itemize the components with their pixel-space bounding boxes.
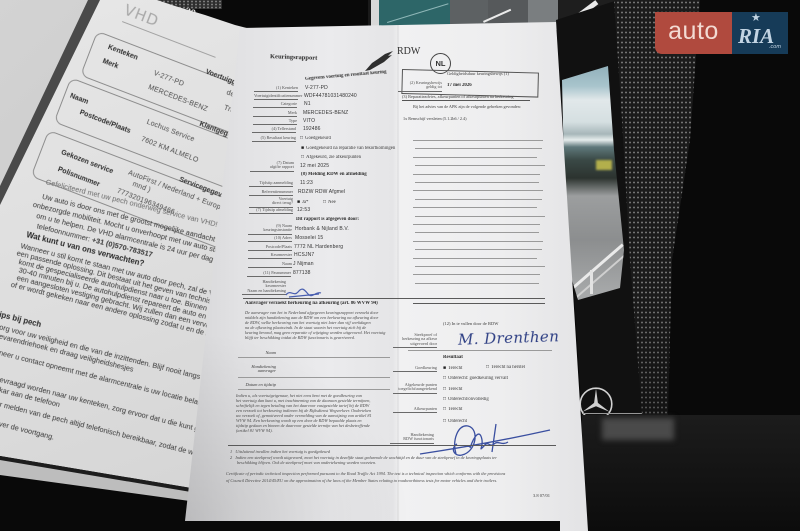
inspection-station-value: Horbank & Nijland B.V. bbox=[295, 227, 349, 232]
option-label: Nee bbox=[328, 200, 336, 205]
option-label: Terecht bbox=[448, 407, 462, 412]
field-label: Afgekeurde punten toegelicht/aangetekend bbox=[393, 383, 437, 394]
field-label: Voertuigidentificatienummer bbox=[254, 94, 298, 100]
footnote-text: beschikking blijven. Ook de steekproef m… bbox=[237, 461, 376, 465]
result-option: ■Goedgekeurd na reparatie van tekortkomi… bbox=[301, 146, 395, 152]
foliage-patch bbox=[596, 160, 612, 170]
blank-line bbox=[415, 266, 545, 267]
type-value: VITO bbox=[303, 119, 315, 124]
field-label: Handtekening keurmeester Naam en handtek… bbox=[242, 280, 286, 295]
field-label: Type bbox=[253, 119, 297, 125]
rdw-result-option: □Onterecht: goedkeuring vervalt bbox=[443, 376, 508, 382]
checkbox: ■ bbox=[443, 366, 446, 371]
certificate-text: Certificate of periodic technical inspec… bbox=[226, 472, 505, 476]
rdw-inspector-signature: M. Drenthen bbox=[458, 329, 560, 348]
field-label: (5) Resultaat keuring bbox=[252, 136, 296, 142]
footnote-text: Uitsluitend invullen indien het voertuig… bbox=[235, 449, 330, 454]
option-label: Goedgekeurd na reparatie van tekortkomin… bbox=[306, 146, 395, 151]
name-line bbox=[238, 357, 390, 358]
autoria-logo-auto: auto bbox=[655, 12, 732, 54]
registration-heading: (8) Melding RDW en afmelding bbox=[301, 173, 367, 178]
option-label: Ja* bbox=[302, 200, 308, 205]
star-icon: ★ bbox=[751, 13, 761, 24]
license-plate-value: V-277-PD bbox=[305, 86, 328, 91]
advice-heading: (3) Reparatieadvies, afkeurpunten of afk… bbox=[402, 95, 530, 101]
blank-line bbox=[413, 274, 540, 275]
divider bbox=[413, 303, 545, 304]
blank-line bbox=[413, 258, 537, 259]
signature-line bbox=[238, 377, 390, 378]
rdw-result-option: □Terecht bbox=[443, 387, 462, 393]
checkbox: □ bbox=[443, 376, 446, 381]
category-value: N1 bbox=[304, 102, 311, 107]
body-line: org voor uw veiligheid en die van de inz… bbox=[0, 323, 201, 380]
rdw-result-option: □Terecht na herstel bbox=[486, 365, 525, 371]
inspector-code-value: HCSJN7 bbox=[294, 253, 314, 258]
issue-date-value: 12 mei 2025 bbox=[300, 164, 329, 169]
option-label: Terecht bbox=[448, 366, 462, 371]
footnote: 1 Uitsluitend invullen indien het voertu… bbox=[230, 450, 330, 454]
return-option-no: □Nee bbox=[323, 200, 336, 206]
request-text-line: blijft ter beschikking totdat de RDW fun… bbox=[245, 336, 355, 340]
blank-line bbox=[413, 190, 543, 191]
pass-number-value: 877138 bbox=[293, 271, 311, 276]
blank-line bbox=[413, 157, 537, 158]
blank-line bbox=[415, 249, 542, 250]
blank-line bbox=[415, 283, 539, 284]
issuer-heading: Dit rapport is afgegeven door: bbox=[296, 218, 359, 223]
request-name-label: Naam bbox=[232, 351, 276, 355]
guardrail-post bbox=[590, 270, 593, 294]
field-label: (9) Naam keuringsinstantie bbox=[248, 224, 292, 235]
postcode-value: 7772 NL Hardenberg bbox=[294, 245, 343, 250]
field-label: Goedkeuring bbox=[393, 366, 437, 372]
checkbox: ■ bbox=[301, 146, 304, 151]
signature-line bbox=[408, 350, 552, 351]
blank-line bbox=[415, 148, 542, 149]
field-label: Afkeurpunten bbox=[393, 407, 437, 413]
guardrail bbox=[566, 243, 624, 294]
blank-line bbox=[413, 174, 540, 175]
paper-fold bbox=[397, 24, 399, 524]
checkbox: □ bbox=[443, 387, 446, 392]
field-label: (2) Keuringsbewijs geldig tot bbox=[398, 81, 442, 92]
field-label: (7) Datum afgifte rapport bbox=[250, 161, 294, 172]
advice-item: 1x Remschijf versleten (5.1.2b6 / 2.4) bbox=[403, 117, 467, 121]
request-signature-label: Handtekening aanvrager bbox=[232, 365, 276, 374]
advice-intro: Bij het advies van de APK zijn de volgen… bbox=[413, 105, 521, 109]
rdw-result-option: □Onterecht/onvolledig bbox=[443, 397, 489, 403]
note-line: (artikel 81 WVW 94). bbox=[236, 429, 273, 433]
blank-line bbox=[415, 232, 539, 233]
blank-line bbox=[415, 216, 545, 217]
field-label: (10) Adres bbox=[248, 236, 292, 242]
inspector-name-value: J Nijman bbox=[293, 262, 314, 267]
field-label: Steekproef of herkeuring na afkeur uitge… bbox=[393, 333, 437, 348]
address-value: Mosselei 15 bbox=[295, 236, 323, 241]
autoria-logo-ria: ★ RIA .com bbox=[732, 12, 788, 54]
field-label: Keurmeester bbox=[248, 253, 292, 259]
checkbox: □ bbox=[486, 365, 489, 370]
field-label: (4) Tellerstand bbox=[252, 127, 296, 133]
request-date-label: Datum en tijdstip bbox=[232, 383, 276, 387]
brochure-edge bbox=[582, 413, 646, 414]
footer-divider bbox=[228, 445, 556, 446]
blank-line bbox=[415, 165, 545, 166]
vhd-logo: VHD bbox=[122, 3, 161, 30]
option-label: Onterecht/onvolledig bbox=[448, 397, 489, 402]
field-label: Categorie bbox=[253, 102, 297, 108]
result-heading: Resultaat bbox=[443, 356, 463, 361]
odometer-value: 192486 bbox=[303, 127, 321, 132]
vehicle-section-heading: Gegevens voertuig en resultaat keuring bbox=[305, 71, 387, 83]
form-code: 3.8 07/01 bbox=[533, 494, 550, 499]
brand-value: MERCEDES-BENZ bbox=[303, 111, 348, 116]
rdw-result-option: □Terecht bbox=[443, 407, 462, 413]
body-line: ver de voortgang. bbox=[0, 420, 55, 441]
rdw-result-option: ■Terecht bbox=[443, 366, 462, 372]
request-heading: Aanvrager verzoekt herkeuring na afkeuri… bbox=[245, 302, 378, 307]
divider bbox=[243, 298, 545, 299]
valid-until-value: 17 mei 2026 bbox=[447, 84, 472, 89]
blank-line bbox=[413, 224, 540, 225]
light-reflection bbox=[602, 418, 674, 440]
registration-time-value: 11:23 bbox=[300, 181, 313, 186]
report-title: Keuringsrapport bbox=[270, 54, 318, 62]
field-label: Merk bbox=[253, 111, 297, 117]
return-option-yes: ■Ja* bbox=[297, 200, 308, 206]
rdw-logo-text: RDW bbox=[397, 47, 420, 57]
checkbox: ■ bbox=[297, 200, 300, 205]
field-label: (11) Pasnummer bbox=[247, 271, 291, 277]
result-option: □Goedgekeurd bbox=[300, 136, 331, 142]
checkbox: □ bbox=[323, 200, 326, 205]
checkbox: □ bbox=[443, 407, 446, 412]
blank-line bbox=[415, 199, 542, 200]
option-label: Goedgekeurd bbox=[305, 136, 331, 141]
logo-text-com: .com bbox=[769, 45, 781, 51]
rdw-section-heading: (12) In te vullen door de RDW bbox=[443, 322, 499, 327]
vin-value: WDF44781031480240 bbox=[304, 94, 357, 99]
checkbox: □ bbox=[301, 155, 304, 160]
deregistration-time-value: 12:53 bbox=[297, 208, 310, 213]
field-label: (7) Tijdstip afmelding bbox=[249, 208, 293, 214]
validity-title: Geldigheidsduur keuringsbewijs (1) bbox=[447, 72, 509, 76]
blank-line bbox=[415, 182, 539, 183]
checkbox: □ bbox=[300, 136, 303, 141]
field-label: (1) Kenteken bbox=[254, 86, 298, 92]
logo-text-auto: auto bbox=[655, 19, 732, 44]
checkbox: □ bbox=[443, 397, 446, 402]
road-dash bbox=[483, 9, 511, 23]
field-label: Postcode/Plaats bbox=[248, 245, 292, 251]
option-label: Afgekeurd, zie afkeurpunten bbox=[306, 155, 361, 160]
certificate-text: of Council Directive 2014/45/EU on the a… bbox=[226, 479, 497, 483]
railing-line bbox=[387, 3, 448, 23]
blank-line bbox=[413, 241, 543, 242]
field-label: Tijdstip aanmelding bbox=[249, 181, 293, 187]
footnote-marker: 1 bbox=[230, 449, 232, 454]
rdw-bird-logo-icon bbox=[364, 50, 394, 72]
option-label: Onterecht: goedkeuring vervalt bbox=[448, 376, 508, 381]
option-label: Terecht na herstel bbox=[491, 365, 525, 370]
footnote-marker: 2 bbox=[230, 455, 232, 460]
date-line bbox=[238, 389, 390, 390]
result-option: □Afgekeurd, zie afkeurpunten bbox=[301, 155, 361, 161]
blank-line bbox=[413, 140, 543, 141]
reference-value: RDZW RDW Afgmel bbox=[298, 190, 345, 195]
option-label: Terecht bbox=[448, 387, 462, 392]
field-label: Naam bbox=[248, 262, 292, 268]
blank-line bbox=[413, 207, 537, 208]
